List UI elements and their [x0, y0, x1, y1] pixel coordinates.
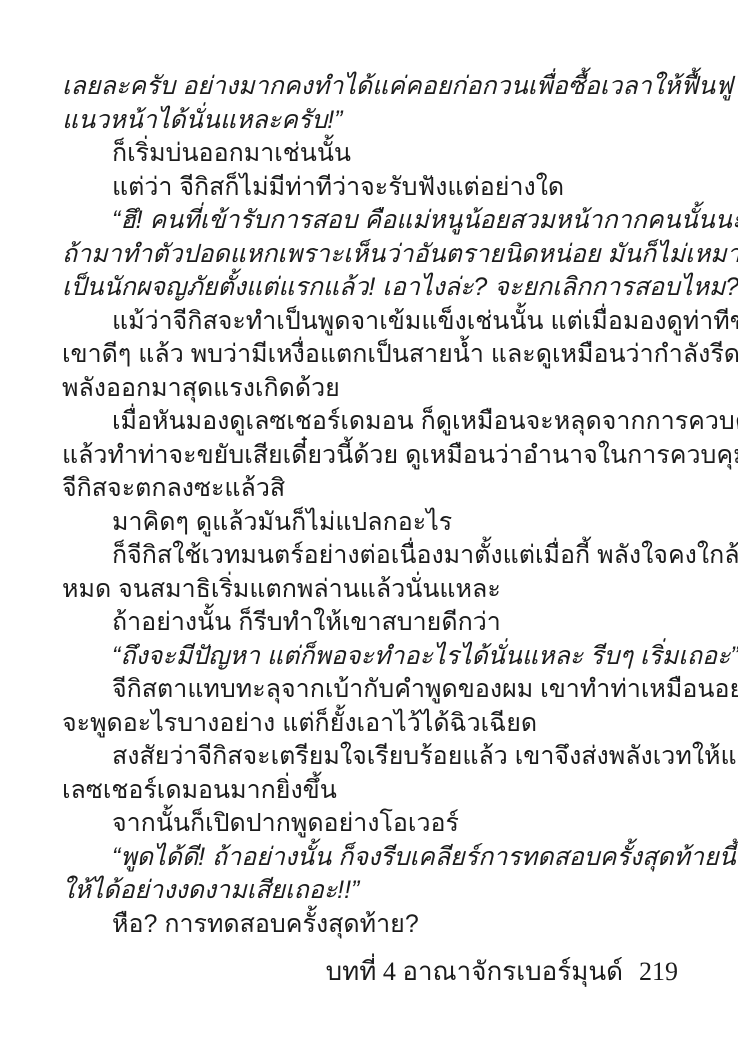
page-number: 219 [639, 957, 678, 987]
paragraph: ก็จีกิสใช้เวทมนตร์อย่างต่อเนื่องมาตั้งแต… [62, 539, 680, 606]
text-line: ถ้าอย่างนั้น ก็รีบทำให้เขาสบายดีกว่า [62, 606, 680, 640]
paragraph: “ฮึ! คนที่เข้ารับการสอบ คือแม่หนูน้อยสวม… [62, 204, 680, 305]
text-line: แม้ว่าจีกิสจะทำเป็นพูดจาเข้มแข็งเช่นนั้น… [62, 305, 680, 339]
text-line: เลซเชอร์เดมอนมากยิ่งขึ้น [62, 774, 680, 808]
paragraph: “ถึงจะมีปัญหา แต่ก็พอจะทำอะไรได้นั่นแหละ… [62, 640, 680, 674]
text-line: ก็จีกิสใช้เวทมนตร์อย่างต่อเนื่องมาตั้งแต… [62, 539, 680, 573]
text-line: ถ้ามาทำตัวปอดแหกเพราะเห็นว่าอันตรายนิดหน… [62, 238, 680, 272]
text-line: แต่ว่า จีกิสก็ไม่มีท่าทีว่าจะรับฟังแต่อย… [62, 171, 680, 205]
text-line: มาคิดๆ ดูแล้วมันก็ไม่แปลกอะไร [62, 506, 680, 540]
page-footer: บทที่ 4 อาณาจักรเบอร์มุนด์ 219 [326, 951, 678, 992]
paragraph: เมื่อหันมองดูเลซเชอร์เดมอน ก็ดูเหมือนจะห… [62, 405, 680, 506]
paragraph: แต่ว่า จีกิสก็ไม่มีท่าทีว่าจะรับฟังแต่อย… [62, 171, 680, 205]
text-line: พลังออกมาสุดแรงเกิดด้วย [62, 372, 680, 406]
text-line: แล้วทำท่าจะขยับเสียเดี๋ยวนี้ด้วย ดูเหมือ… [62, 439, 680, 473]
paragraph: จากนั้นก็เปิดปากพูดอย่างโอเวอร์ [62, 807, 680, 841]
text-line: เมื่อหันมองดูเลซเชอร์เดมอน ก็ดูเหมือนจะห… [62, 405, 680, 439]
page-text-block: เลยละครับ อย่างมากคงทำได้แค่คอยก่อกวนเพื… [62, 70, 680, 941]
paragraph: แม้ว่าจีกิสจะทำเป็นพูดจาเข้มแข็งเช่นนั้น… [62, 305, 680, 406]
text-line: จะพูดอะไรบางอย่าง แต่ก็ยั้งเอาไว้ได้ฉิวเ… [62, 707, 680, 741]
text-line: เป็นนักผจญภัยตั้งแต่แรกแล้ว! เอาไงล่ะ? จ… [62, 271, 680, 305]
text-line: จีกิสตาแทบทะลุจากเบ้ากับคำพูดของผม เขาทำ… [62, 673, 680, 707]
text-line: เขาดีๆ แล้ว พบว่ามีเหงื่อแตกเป็นสายน้ำ แ… [62, 338, 680, 372]
paragraph: “พูดได้ดี! ถ้าอย่างนั้น ก็จงรีบเคลียร์กา… [62, 841, 680, 908]
paragraph: ถ้าอย่างนั้น ก็รีบทำให้เขาสบายดีกว่า [62, 606, 680, 640]
text-line: จากนั้นก็เปิดปากพูดอย่างโอเวอร์ [62, 807, 680, 841]
paragraph: จีกิสตาแทบทะลุจากเบ้ากับคำพูดของผม เขาทำ… [62, 673, 680, 740]
book-page: เลยละครับ อย่างมากคงทำได้แค่คอยก่อกวนเพื… [0, 0, 738, 1051]
text-line: “ฮึ! คนที่เข้ารับการสอบ คือแม่หนูน้อยสวม… [62, 204, 680, 238]
text-line: “พูดได้ดี! ถ้าอย่างนั้น ก็จงรีบเคลียร์กา… [62, 841, 680, 875]
text-line: เลยละครับ อย่างมากคงทำได้แค่คอยก่อกวนเพื… [62, 70, 680, 104]
text-line: หือ? การทดสอบครั้งสุดท้าย? [62, 908, 680, 942]
text-line: จีกิสจะตกลงซะแล้วสิ [62, 472, 680, 506]
text-line: สงสัยว่าจีกิสจะเตรียมใจเรียบร้อยแล้ว เขา… [62, 740, 680, 774]
text-line: แนวหน้าได้นั่นแหละครับ!” [62, 104, 680, 138]
text-line: ก็เริ่มบ่นออกมาเช่นนั้น [62, 137, 680, 171]
paragraph: สงสัยว่าจีกิสจะเตรียมใจเรียบร้อยแล้ว เขา… [62, 740, 680, 807]
paragraph: มาคิดๆ ดูแล้วมันก็ไม่แปลกอะไร [62, 506, 680, 540]
paragraph: ก็เริ่มบ่นออกมาเช่นนั้น [62, 137, 680, 171]
text-line: ให้ได้อย่างงดงามเสียเถอะ!!” [62, 874, 680, 908]
paragraph: หือ? การทดสอบครั้งสุดท้าย? [62, 908, 680, 942]
text-line: หมด จนสมาธิเริ่มแตกพล่านแล้วนั่นแหละ [62, 573, 680, 607]
text-line: “ถึงจะมีปัญหา แต่ก็พอจะทำอะไรได้นั่นแหละ… [62, 640, 680, 674]
chapter-heading: บทที่ 4 อาณาจักรเบอร์มุนด์ [326, 951, 623, 992]
paragraph: เลยละครับ อย่างมากคงทำได้แค่คอยก่อกวนเพื… [62, 70, 680, 137]
